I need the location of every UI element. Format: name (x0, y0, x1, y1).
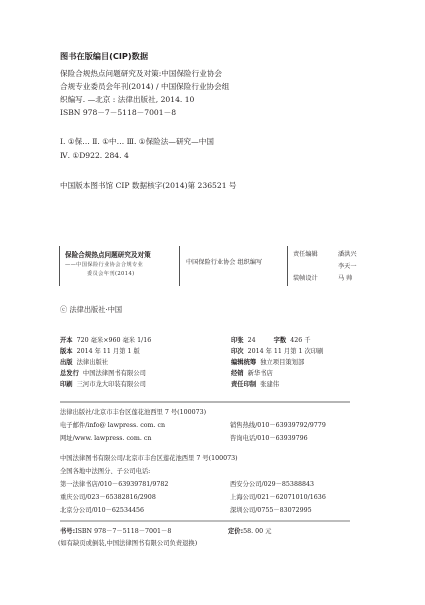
spec-value: 新华书店 (248, 370, 273, 377)
spec-value: 独立项目策划部 (260, 359, 304, 366)
editor-name-1: 潘洪兴 (338, 249, 357, 258)
spec-value: 2014 年 11 月第 1 版 (77, 348, 140, 355)
spec-key: 编辑统筹 (231, 359, 256, 366)
cip-number: 中国版本图书馆 CIP 数据核字(2014)第 236521 号 (60, 180, 237, 192)
spec-key: 版本 (60, 348, 73, 355)
editor-name-2: 李天一 (338, 261, 357, 270)
spec-right-3: 经销新华书店 (231, 368, 273, 379)
title-box: 保险合规热点问题研究及对策 ——中国保险行业协会合规专业 委员会年刊(2014) (59, 246, 185, 286)
isbn-line: 书号:ISBN 978－7－5118－7001－8 (60, 526, 171, 535)
branch-phone: 深圳公司/0755－83072995 (230, 505, 312, 518)
spec-right-2: 编辑统筹独立项目策划部 (231, 357, 304, 368)
divider-1 (60, 401, 350, 403)
price-value: 58. 00 元 (243, 528, 271, 535)
spec-value: 2014 年 11 月第 1 次印刷 (248, 348, 324, 355)
publisher-consult-phone: 咨询电话/010－63939796 (230, 433, 308, 446)
spec-left-2: 出版法律出版社 (60, 357, 108, 368)
staff-box: 责任编辑 潘洪兴 李天一 装帧设计 马 帅 (287, 246, 378, 286)
publisher-website: 网址/www. lawpress. com. cn (60, 433, 151, 446)
branch-phone: 西安分公司/029－85388843 (230, 479, 314, 492)
spec-key: 出版 (60, 359, 73, 366)
organizer: 中国保险行业协会 组织编写 (186, 257, 288, 266)
book-subtitle-1: ——中国保险行业协会合规专业 (65, 261, 185, 268)
book-title: 保险合规热点问题研究及对策 (65, 249, 185, 259)
cip-line-2: 合规专业委员会年刊(2014) / 中国保险行业协会组 (60, 81, 229, 93)
copyright-line: ⓒ 法律出版社·中国 (60, 305, 122, 315)
branch-phone: 重庆公司/023－65382816/2908 (60, 492, 156, 505)
return-note: (如有缺页或倒装,中国法律图书有限公司负责退换) (58, 538, 197, 547)
spec-value: 法律出版社 (77, 359, 108, 366)
spec-value: 24 (248, 337, 256, 344)
spec-value: 张建伟 (260, 381, 279, 388)
spec-right-0: 印张24字数426 千 (231, 335, 311, 346)
divider-2 (60, 520, 350, 522)
spec-key: 开本 (60, 337, 73, 344)
branches-heading: 全国各地中法图分、子公司电话: (60, 466, 150, 479)
spec-value: 720 毫米×960 毫米 1/16 (77, 337, 152, 344)
distributor-address: 中国法律图书有限公司/北京市丰台区莲花池西里 7 号(100073) (60, 453, 238, 466)
spec-key: 印张 (231, 337, 244, 344)
cip-line-1: 保险合规热点问题研究及对策:中国保险行业协会 (60, 68, 222, 80)
organizer-box: 中国保险行业协会 组织编写 (179, 246, 288, 286)
branch-phone: 上海公司/021－62071010/1636 (230, 492, 326, 505)
spec-left-3: 总发行中国法律图书有限公司 (60, 368, 146, 379)
spec-key: 责任印制 (231, 381, 256, 388)
publisher-address: 法律出版社/北京市丰台区莲花池西里 7 号(100073) (60, 407, 206, 420)
spec-key: 印次 (231, 348, 244, 355)
spec-left-4: 印刷三河市龙大印装有限公司 (60, 379, 146, 390)
cip-isbn: ISBN 978－7－5118－7001－8 (60, 107, 176, 119)
publisher-sales-hotline: 销售热线/010－63939792/9779 (230, 420, 326, 433)
isbn-value: ISBN 978－7－5118－7001－8 (75, 528, 171, 535)
cip-classification-2: Ⅳ. ①D922. 284. 4 (60, 150, 129, 162)
spec-left-1: 版本2014 年 11 月第 1 版 (60, 346, 140, 357)
branch-phone: 第一法律书店/010－63939781/9782 (60, 479, 168, 492)
price-label: 定价: (228, 528, 243, 535)
role-label-editor: 责任编辑 (293, 249, 318, 258)
role-label-designer: 装帧设计 (293, 273, 318, 282)
isbn-label: 书号: (60, 528, 75, 535)
spec-right-1: 印次2014 年 11 月第 1 次印刷 (231, 346, 323, 357)
cip-heading: 图书在版编目(CIP)数据 (60, 51, 148, 62)
spec-key: 经销 (231, 370, 244, 377)
branch-phone: 北京分公司/010－62534456 (60, 505, 144, 518)
spec-right-4: 责任印制张建伟 (231, 379, 279, 390)
spec-key: 总发行 (60, 370, 79, 377)
spec-value: 三河市龙大印装有限公司 (77, 381, 146, 388)
spec-value: 中国法律图书有限公司 (83, 370, 146, 377)
cip-line-3: 织编写. —北京 : 法律出版社, 2014. 10 (60, 94, 194, 106)
designer-name: 马 帅 (338, 273, 352, 282)
spec-key: 印刷 (60, 381, 73, 388)
publisher-email: 电子邮件/info@ lawpress. com. cn (60, 420, 165, 433)
book-subtitle-2: 委员会年刊(2014) (87, 270, 185, 277)
spec-value: 426 千 (290, 337, 310, 344)
price-line: 定价:58. 00 元 (228, 526, 271, 535)
cip-classification-1: Ⅰ. ①保… Ⅱ. ①中… Ⅲ. ①保险法—研究—中国 (60, 136, 214, 148)
spec-left-0: 开本720 毫米×960 毫米 1/16 (60, 335, 151, 346)
spec-key: 字数 (274, 337, 287, 344)
